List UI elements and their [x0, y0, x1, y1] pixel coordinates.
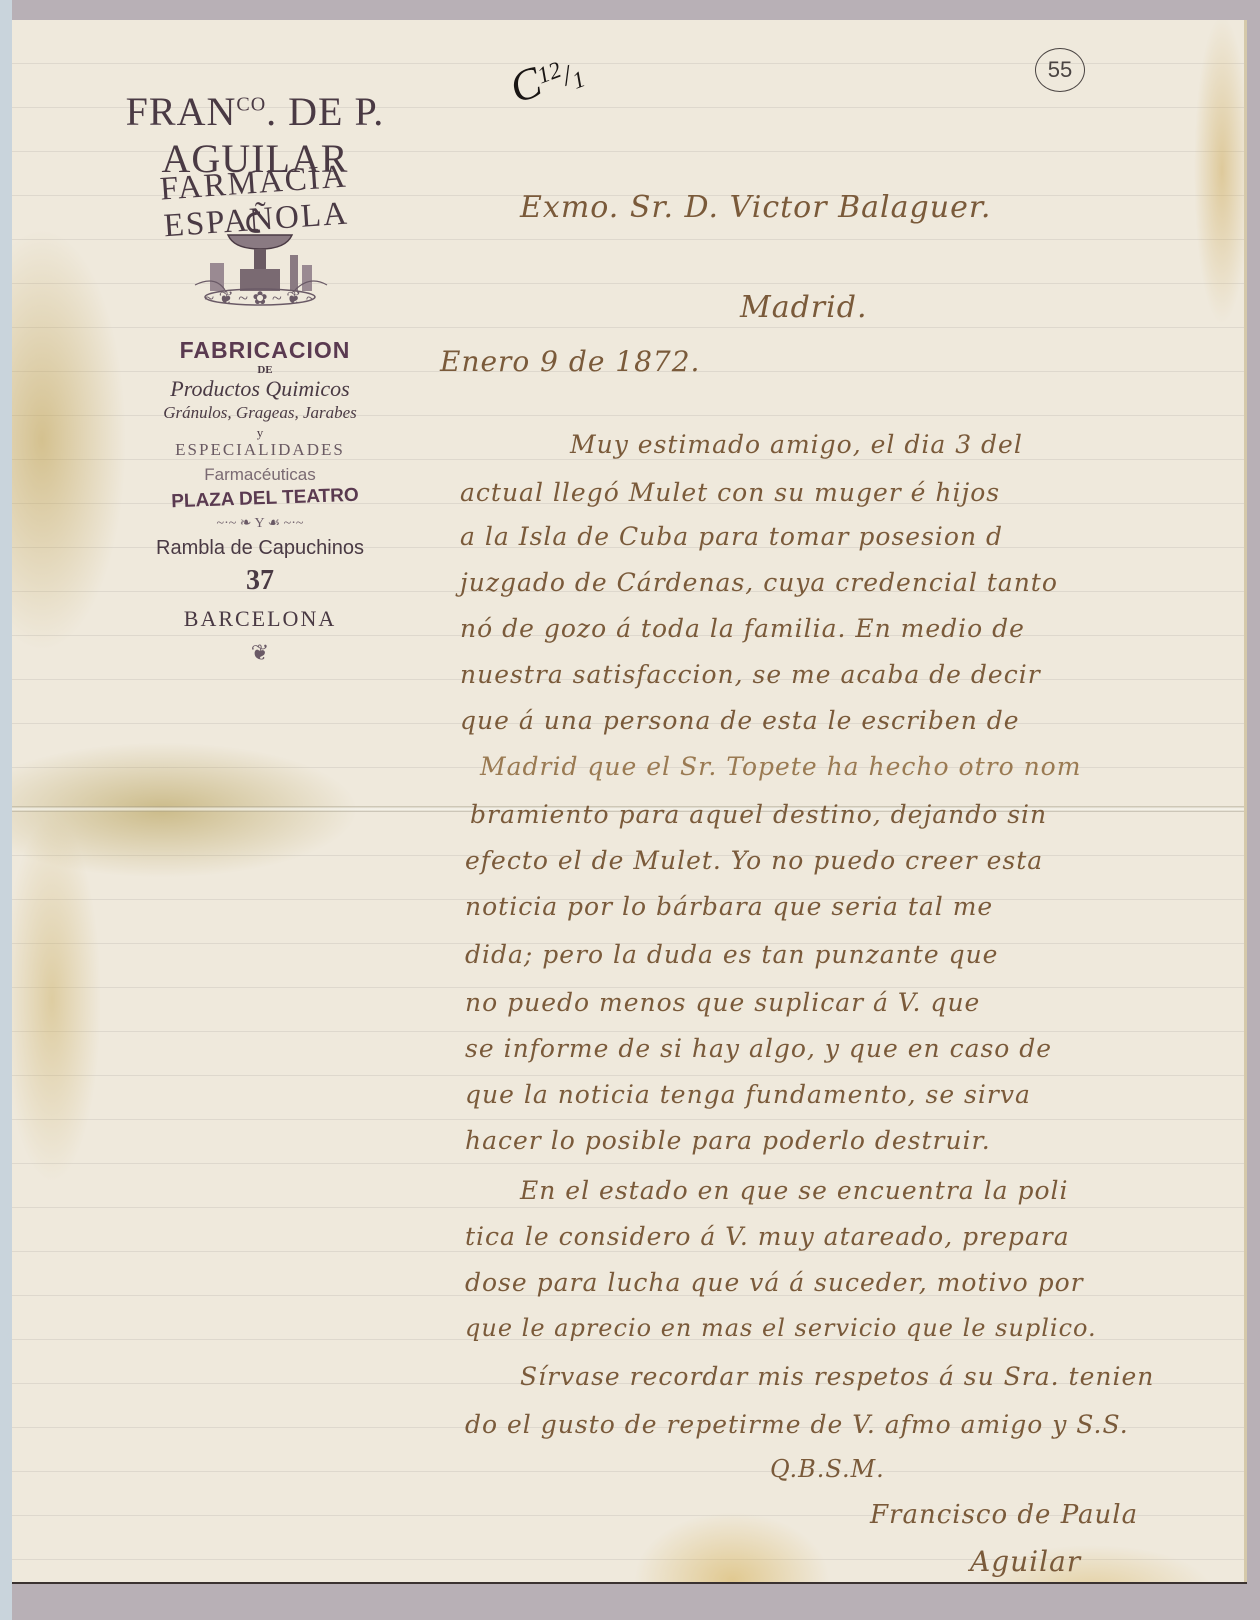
body-line: noticia por lo bárbara que seria tal me [465, 892, 993, 921]
recipient-city: Madrid. [740, 290, 867, 325]
letterhead-fabricacion: FABRICACION [120, 337, 410, 364]
ornament-flourish: ❦ [110, 640, 410, 666]
letterhead-granulos: Gránulos, Grageas, Jarabes [110, 403, 410, 423]
letterhead-farmaceuticas: Farmacéuticas [110, 465, 410, 485]
body-line: En el estado en que se encuentra la poli [520, 1176, 1069, 1205]
ornament-flourish: ~ ❦ ~ ✿ ~ ❦ ~ [110, 288, 410, 309]
body-line: a la Isla de Cuba para tomar posesion d [460, 522, 1003, 551]
signature-name: Francisco de Paula [870, 1500, 1138, 1530]
scan-backdrop [0, 0, 12, 1620]
body-line: no puedo menos que suplicar á V. que [465, 988, 980, 1017]
body-line: que á una persona de esta le escriben de [460, 706, 1020, 735]
body-line: se informe de si hay algo, y que en caso… [465, 1034, 1052, 1063]
body-line: do el gusto de repetirme de V. afmo amig… [465, 1410, 1129, 1439]
body-line: Sírvase recordar mis respetos á su Sra. … [520, 1362, 1154, 1391]
letterhead-city: BARCELONA [110, 606, 410, 632]
letterhead-address-rambla: Rambla de Capuchinos [110, 537, 410, 560]
body-line: juzgado de Cárdenas, cuya credencial tan… [460, 568, 1058, 597]
body-line: Madrid que el Sr. Topete ha hecho otro n… [480, 752, 1081, 781]
letterhead-address-number: 37 [110, 565, 410, 597]
body-line: Muy estimado amigo, el dia 3 del [570, 430, 1023, 459]
body-line: tica le considero á V. muy atareado, pre… [465, 1222, 1070, 1251]
recipient: Exmo. Sr. D. Victor Balaguer. [520, 190, 991, 225]
body-line: dida; pero la duda es tan punzante que [465, 940, 998, 969]
body-line: nuestra satisfaccion, se me acaba de dec… [460, 660, 1041, 689]
body-line: que la noticia tenga fundamento, se sirv… [465, 1080, 1031, 1109]
body-line: nó de gozo á toda la familia. En medio d… [460, 614, 1025, 643]
letter-date: Enero 9 de 1872. [440, 345, 700, 378]
body-line: actual llegó Mulet con su muger é hijos [460, 478, 1000, 507]
letterhead-especialidades: ESPECIALIDADES [110, 440, 410, 460]
body-line: bramiento para aquel destino, dejando si… [470, 800, 1047, 829]
ornament-flourish: ~·~ ❧ Y ☙ ~·~ [110, 515, 410, 532]
closing-qbsm: Q.B.S.M. [770, 1455, 885, 1483]
letterhead-de: DE [120, 364, 410, 376]
letterhead-y: y [110, 425, 410, 441]
letterhead-productos: Productos Quimicos [110, 376, 410, 402]
body-line: que le aprecio en mas el servicio que le… [465, 1314, 1097, 1342]
signature-surname: Aguilar [970, 1545, 1081, 1578]
body-line: hacer lo posible para poderlo destruir. [465, 1126, 991, 1155]
body-line: dose para lucha que vá á suceder, motivo… [465, 1268, 1084, 1297]
folio-number: 55 [1035, 48, 1085, 92]
body-line: efecto el de Mulet. Yo no puedo creer es… [465, 846, 1043, 875]
